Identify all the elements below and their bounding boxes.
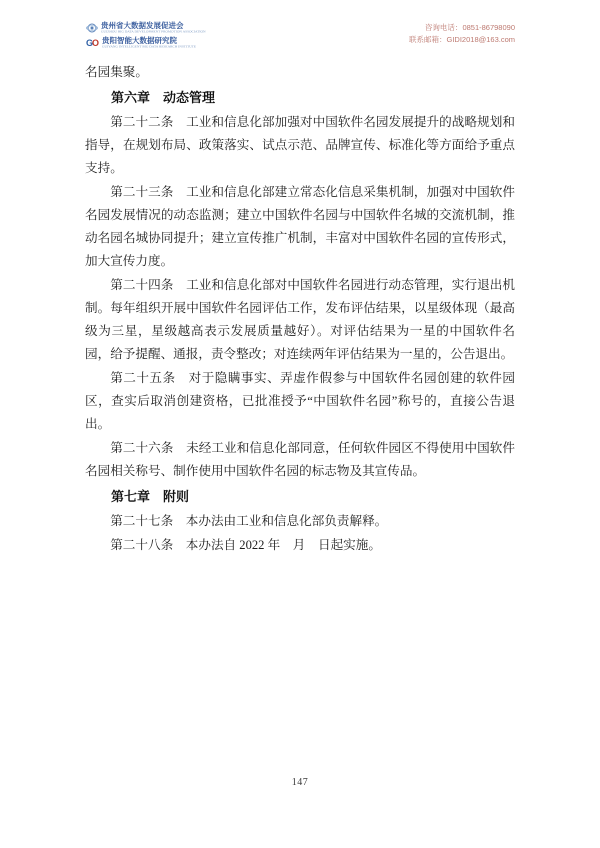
contact-phone-label: 咨询电话： [425,23,463,32]
globe-orbit-icon [86,22,98,34]
page-footer: 147 [0,777,600,788]
logo-institute-text: 贵阳智能大数据研究院 GUIYANG INTELLIGENT BIG DATA … [102,37,290,49]
article-27: 第二十七条 本办法由工业和信息化部负责解释。 [85,510,515,533]
article-28: 第二十八条 本办法自 2022 年 月 日起实施。 [85,534,515,557]
article-23: 第二十三条 工业和信息化部建立常态化信息采集机制，加强对中国软件名园发展情况的动… [85,181,515,273]
contact-email-label: 联系邮箱： [409,35,447,44]
paragraph-continuation: 名园集聚。 [85,61,515,84]
go-monogram-icon: GO [86,37,99,49]
contact-email-address: GIDI2018@163.com [447,35,515,44]
contact-phone-line: 咨询电话：0851-86798090 [409,22,515,34]
logo-group: 贵州省大数据发展促进会 GUIZHOU BIG DATA DEVELOPMENT… [86,22,310,49]
contact-info: 咨询电话：0851-86798090 联系邮箱：GIDI2018@163.com [409,22,515,45]
logo-institute-subtitle: GUIYANG INTELLIGENT BIG DATA RESEARCH IN… [102,45,196,47]
chapter-7-heading: 第七章 附则 [85,485,515,508]
page-number: 147 [292,777,309,788]
logo-association-subtitle: GUIZHOU BIG DATA DEVELOPMENT PROMOTION A… [101,30,206,32]
article-24: 第二十四条 工业和信息化部对中国软件名园进行动态管理，实行退出机制。每年组织开展… [85,274,515,366]
monogram-letter-o: O [92,38,98,48]
page-header: 贵州省大数据发展促进会 GUIZHOU BIG DATA DEVELOPMENT… [86,22,515,49]
document-body: 名园集聚。 第六章 动态管理 第二十二条 工业和信息化部加强对中国软件名园发展提… [85,60,515,558]
logo-association: 贵州省大数据发展促进会 GUIZHOU BIG DATA DEVELOPMENT… [86,22,310,34]
contact-phone-number: 0851-86798090 [462,23,515,32]
contact-email-line: 联系邮箱：GIDI2018@163.com [409,34,515,46]
article-26: 第二十六条 未经工业和信息化部同意，任何软件园区不得使用中国软件名园相关称号、制… [85,437,515,483]
chapter-6-heading: 第六章 动态管理 [85,86,515,109]
logo-institute: GO 贵阳智能大数据研究院 GUIYANG INTELLIGENT BIG DA… [86,37,310,49]
logo-association-text: 贵州省大数据发展促进会 GUIZHOU BIG DATA DEVELOPMENT… [101,22,310,34]
document-page: 贵州省大数据发展促进会 GUIZHOU BIG DATA DEVELOPMENT… [0,0,600,848]
article-25: 第二十五条 对于隐瞒事实、弄虚作假参与中国软件名园创建的软件园区，查实后取消创建… [85,367,515,436]
article-22: 第二十二条 工业和信息化部加强对中国软件名园发展提升的战略规划和指导，在规划布局… [85,111,515,180]
